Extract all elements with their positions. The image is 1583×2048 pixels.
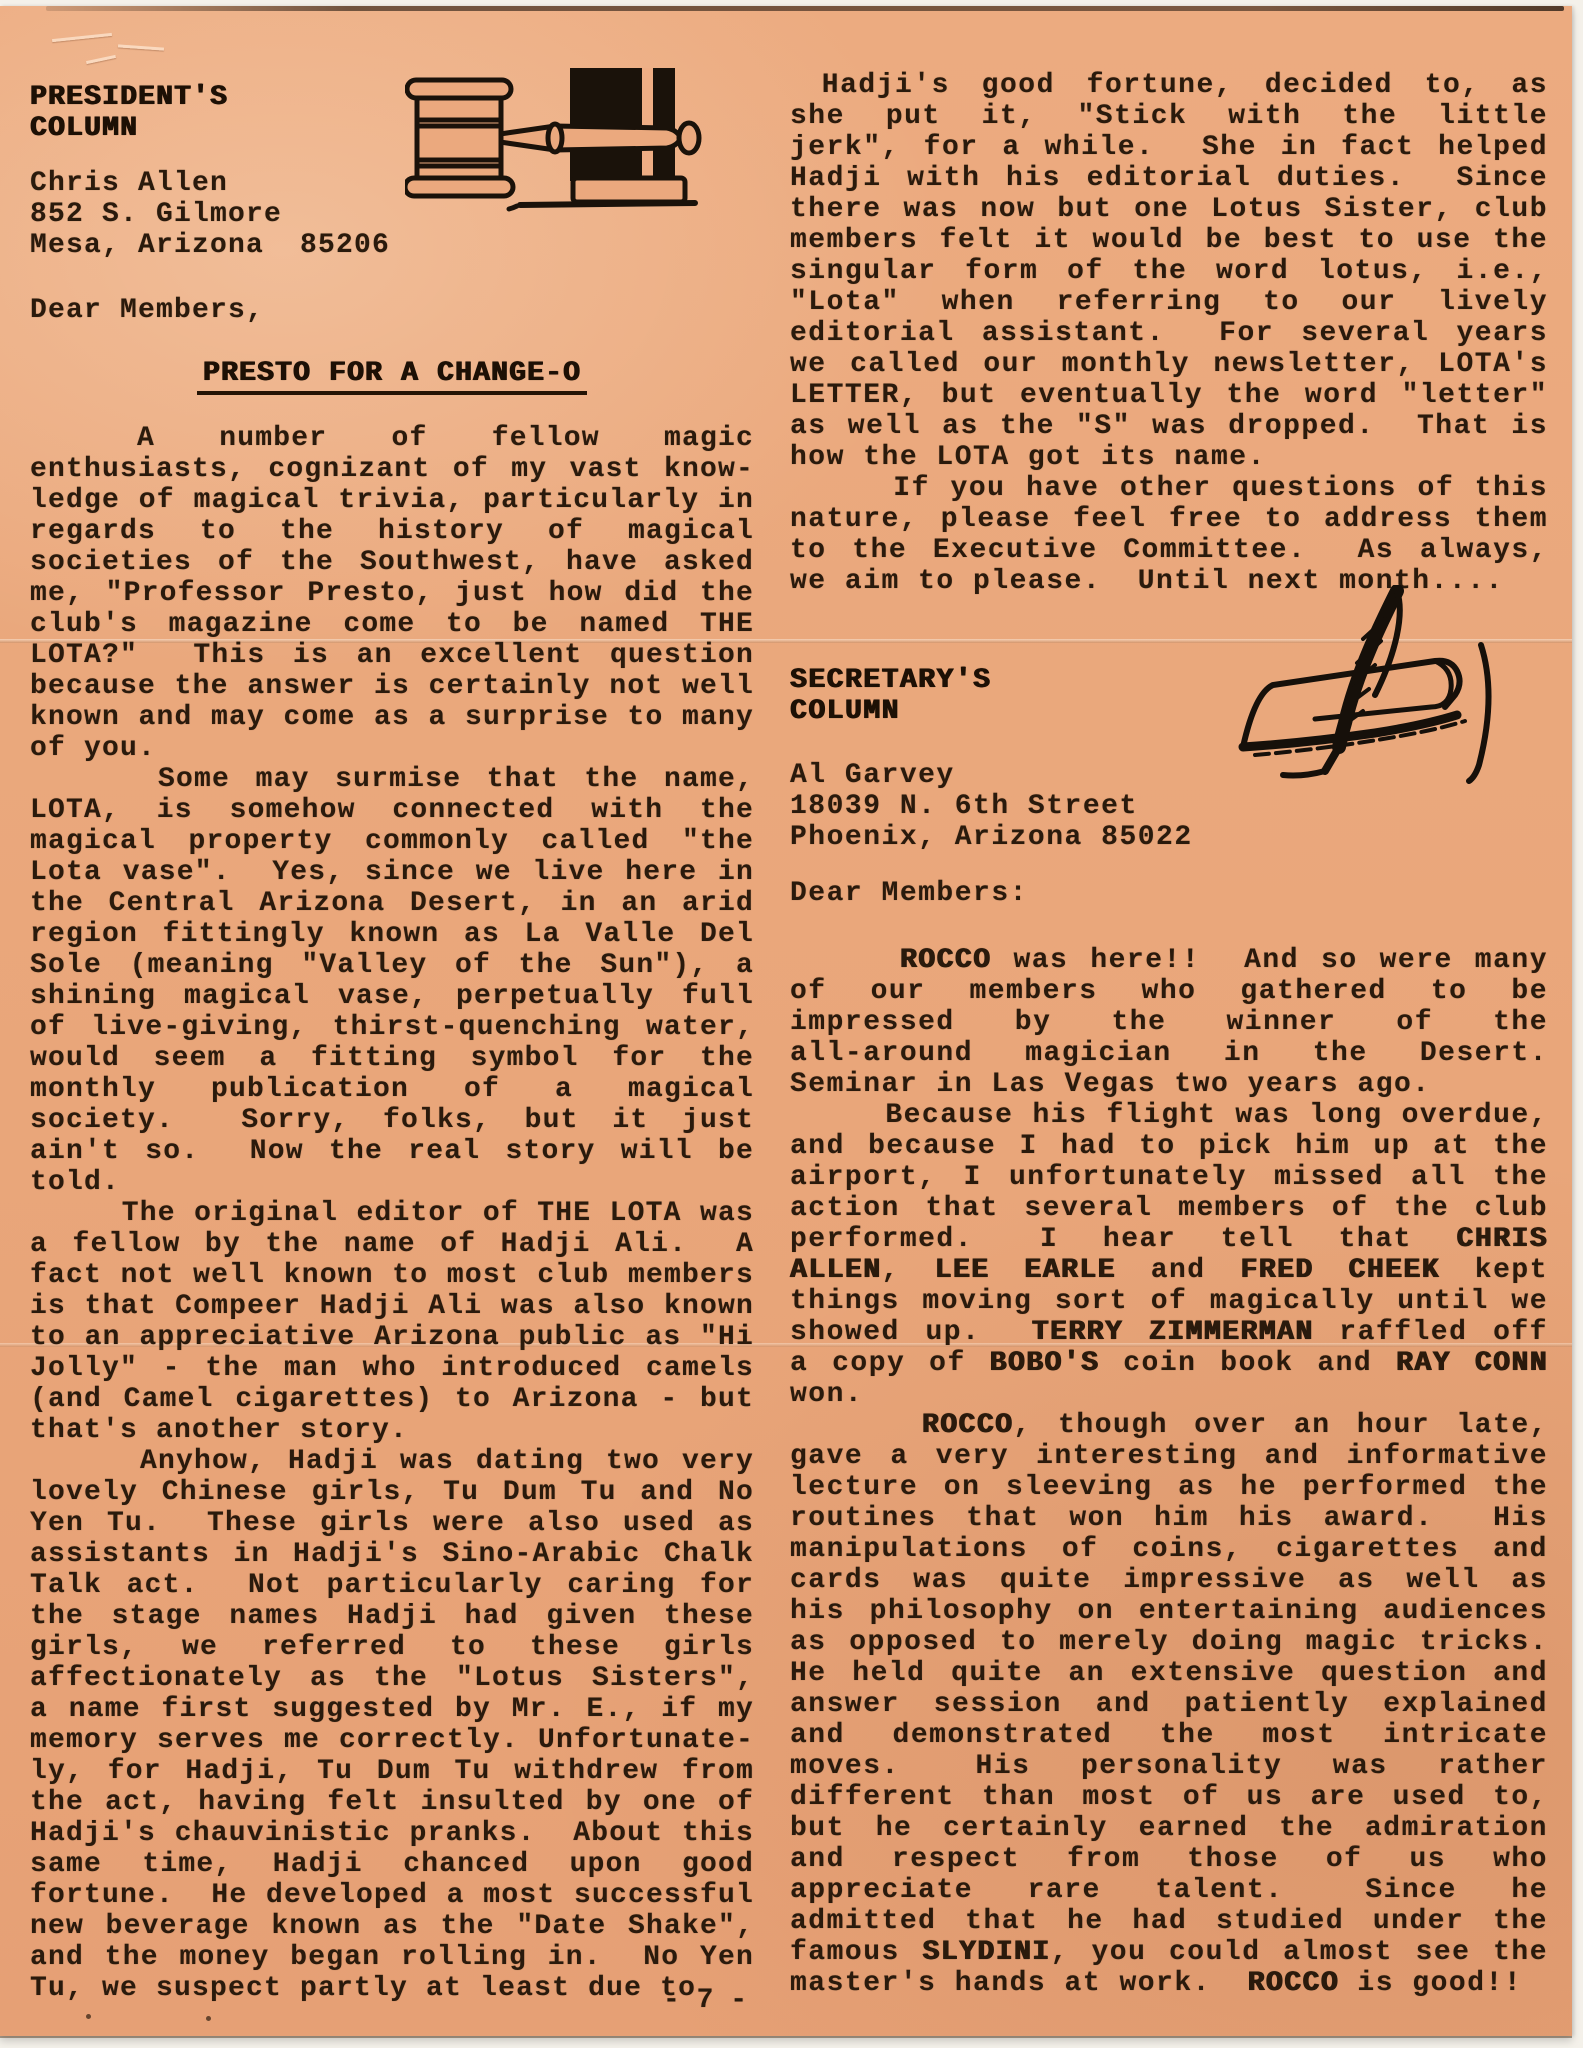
- text-line: would seem a fitting symbol for the: [30, 1043, 754, 1074]
- ink-speck: [86, 2014, 91, 2019]
- text-line: Hadji with his editorial duties. Since: [790, 163, 1548, 194]
- text-line: "Lota" when referring to our lively: [790, 287, 1548, 318]
- text-line: is that Compeer Hadji Ali was also known: [30, 1291, 754, 1322]
- text-line: region fittingly known as La Valle Del: [30, 919, 754, 950]
- president-body-left-column: A number of fellow magicenthusiasts, cog…: [30, 423, 754, 2004]
- text-line: and the money began rolling in. No Yen: [30, 1942, 754, 1973]
- text-line: ALLEN, LEE EARLE and FRED CHEEK kept: [790, 1255, 1548, 1286]
- text-line: all-around magician in the Desert.: [790, 1038, 1548, 1069]
- text-line: ledge of magical trivia, particularly in: [30, 485, 754, 516]
- text-line: and respect from those of us who: [790, 1844, 1548, 1875]
- secretary-salutation: Dear Members:: [790, 878, 1028, 909]
- text-line: the Central Arizona Desert, in an arid: [30, 888, 754, 919]
- text-line: Talk act. Not particularly caring for: [30, 1570, 754, 1601]
- text-line: and because I had to pick him up at the: [790, 1131, 1548, 1162]
- quill-icon: [1225, 585, 1515, 820]
- paragraph: A number of fellow magicenthusiasts, cog…: [30, 423, 754, 764]
- text-line: famous SLYDINI, you could almost see the: [790, 1937, 1548, 1968]
- text-line: PRESIDENT'S: [30, 82, 228, 113]
- text-line: she put it, "Stick with the little: [790, 101, 1548, 132]
- text-line: a name first suggested by Mr. E., if my: [30, 1694, 754, 1725]
- text-line: If you have other questions of this: [790, 473, 1548, 504]
- text-line: jerk", for a while. She in fact helped: [790, 132, 1548, 163]
- paper-scratch: [86, 55, 116, 64]
- paragraph: Because his flight was long overdue,and …: [790, 1100, 1548, 1410]
- text-line: LOTA?" This is an excellent question: [30, 640, 754, 671]
- text-line: ROCCO was here!! And so were many: [790, 945, 1548, 976]
- paragraph: Anyhow, Hadji was dating two verylovely …: [30, 1446, 754, 2004]
- text-line: monthly publication of a magical: [30, 1074, 754, 1105]
- scan-top-edge: [46, 6, 1564, 11]
- text-line: Some may surmise that the name,: [30, 764, 754, 795]
- text-line: Chris Allen: [30, 168, 390, 199]
- text-line: ly, for Hadji, Tu Dum Tu withdrew from: [30, 1756, 754, 1787]
- text-line: a copy of BOBO'S coin book and RAY CONN: [790, 1348, 1548, 1379]
- text-line: cards was quite impressive as well as: [790, 1565, 1548, 1596]
- secretary-name-address: Al Garvey18039 N. 6th StreetPhoenix, Ari…: [790, 760, 1193, 853]
- text-line: performed. I hear tell that CHRIS: [790, 1224, 1548, 1255]
- text-line: answer session and patiently explained: [790, 1689, 1548, 1720]
- text-line: nature, please feel free to address them: [790, 504, 1548, 535]
- text-line: a fellow by the name of Hadji Ali. A: [30, 1229, 754, 1260]
- text-line: because the answer is certainly not well: [30, 671, 754, 702]
- text-line: The original editor of THE LOTA was: [30, 1198, 754, 1229]
- text-line: there was now but one Lotus Sister, club: [790, 194, 1548, 225]
- text-line: editorial assistant. For several years: [790, 318, 1548, 349]
- text-line: as well as the "S" was dropped. That is: [790, 411, 1548, 442]
- presidents-column-header: PRESIDENT'SCOLUMN: [30, 82, 228, 144]
- text-line: of live-giving, thirst-quenching water,: [30, 1012, 754, 1043]
- text-line: new beverage known as the "Date Shake",: [30, 1911, 754, 1942]
- text-line: members felt it would be best to use the: [790, 225, 1548, 256]
- text-line: of our members who gathered to be: [790, 976, 1548, 1007]
- text-line: Sole (meaning "Valley of the Sun"), a: [30, 950, 754, 981]
- text-line: COLUMN: [790, 696, 991, 727]
- text-line: assistants in Hadji's Sino-Arabic Chalk: [30, 1539, 754, 1570]
- text-line: as opposed to merely doing magic tricks.: [790, 1627, 1548, 1658]
- text-line: lecture on sleeving as he performed the: [790, 1472, 1548, 1503]
- text-line: we called our monthly newsletter, LOTA's: [790, 349, 1548, 380]
- text-line: Phoenix, Arizona 85022: [790, 822, 1193, 853]
- text-line: singular form of the word lotus, i.e.,: [790, 256, 1548, 287]
- text-line: Hadji's chauvinistic pranks. About this: [30, 1818, 754, 1849]
- president-salutation: Dear Members,: [30, 295, 264, 326]
- text-line: society. Sorry, folks, but it just: [30, 1105, 754, 1136]
- text-line: appreciate rare talent. Since he: [790, 1875, 1548, 1906]
- text-line: told.: [30, 1167, 754, 1198]
- text-line: A number of fellow magic: [30, 423, 754, 454]
- text-line: LOTA, is somehow connected with the: [30, 795, 754, 826]
- text-line: won.: [790, 1379, 1548, 1410]
- text-line: memory serves me correctly. Unfortunate-: [30, 1725, 754, 1756]
- text-line: ROCCO, though over an hour late,: [790, 1410, 1548, 1441]
- text-line: Because his flight was long overdue,: [790, 1100, 1548, 1131]
- text-line: 852 S. Gilmore: [30, 199, 390, 230]
- text-line: impressed by the winner of the: [790, 1007, 1548, 1038]
- president-body-right-column: Hadji's good fortune, decided to, asshe …: [790, 70, 1548, 597]
- text-line: moves. His personality was rather: [790, 1751, 1548, 1782]
- paragraph: ROCCO was here!! And so were manyof our …: [790, 945, 1548, 1100]
- text-line: the act, having felt insulted by one of: [30, 1787, 754, 1818]
- text-line: regards to the history of magical: [30, 516, 754, 547]
- article-heading: PRESTO FOR A CHANGE-O: [30, 358, 824, 395]
- text-line: routines that won him his award. His: [790, 1503, 1548, 1534]
- text-line: 18039 N. 6th Street: [790, 791, 1193, 822]
- text-line: how the LOTA got its name.: [790, 442, 1548, 473]
- text-line: known and may come as a surprise to many: [30, 702, 754, 733]
- text-line: different than most of us are used to,: [790, 1782, 1548, 1813]
- paragraph: Hadji's good fortune, decided to, asshe …: [790, 70, 1548, 473]
- text-line: SECRETARY'S: [790, 665, 991, 696]
- text-line: affectionately as the "Lotus Sisters",: [30, 1663, 754, 1694]
- ink-speck: [206, 2016, 211, 2021]
- text-line: manipulations of coins, cigarettes and: [790, 1534, 1548, 1565]
- newsletter-scanned-page: PRESIDENT'SCOLUMN Chris Allen852 S. Gilm…: [0, 6, 1572, 2036]
- paragraph: If you have other questions of thisnatur…: [790, 473, 1548, 597]
- text-line: Jolly" - the man who introduced camels: [30, 1353, 754, 1384]
- paragraph: ROCCO, though over an hour late,gave a v…: [790, 1410, 1548, 1999]
- secretarys-column-header: SECRETARY'SCOLUMN: [790, 665, 991, 727]
- text-line: that's another story.: [30, 1415, 754, 1446]
- text-line: societies of the Southwest, have asked: [30, 547, 754, 578]
- text-line: club's magazine come to be named THE: [30, 609, 754, 640]
- text-line: Yen Tu. These girls were also used as: [30, 1508, 754, 1539]
- text-line: Anyhow, Hadji was dating two very: [30, 1446, 754, 1477]
- text-line: of you.: [30, 733, 754, 764]
- page-number: - 7 -: [635, 1985, 775, 2016]
- paper-scratch: [52, 33, 112, 42]
- text-line: LETTER, but eventually the word "letter": [790, 380, 1548, 411]
- text-line: but he certainly earned the admiration: [790, 1813, 1548, 1844]
- text-line: airport, I unfortunately missed all the: [790, 1162, 1548, 1193]
- text-line: girls, we referred to these girls: [30, 1632, 754, 1663]
- text-line: admitted that he had studied under the: [790, 1906, 1548, 1937]
- text-line: master's hands at work. ROCCO is good!!: [790, 1968, 1548, 1999]
- text-line: gave a very interesting and informative: [790, 1441, 1548, 1472]
- text-line: lovely Chinese girls, Tu Dum Tu and No: [30, 1477, 754, 1508]
- paragraph: The original editor of THE LOTA wasa fel…: [30, 1198, 754, 1446]
- text-line: showed up. TERRY ZIMMERMAN raffled off: [790, 1317, 1548, 1348]
- text-line: shining magical vase, perpetually full: [30, 981, 754, 1012]
- text-line: enthusiasts, cognizant of my vast know-: [30, 454, 754, 485]
- text-line: same time, Hadji chanced upon good: [30, 1849, 754, 1880]
- text-line: He held quite an extensive question and: [790, 1658, 1548, 1689]
- text-line: Lota vase". Yes, since we live here in: [30, 857, 754, 888]
- text-line: action that several members of the club: [790, 1193, 1548, 1224]
- president-name-address: Chris Allen852 S. GilmoreMesa, Arizona 8…: [30, 168, 390, 261]
- paper-scratch: [118, 44, 164, 50]
- text-line: things moving sort of magically until we: [790, 1286, 1548, 1317]
- text-line: Al Garvey: [790, 760, 1193, 791]
- text-line: Seminar in Las Vegas two years ago.: [790, 1069, 1548, 1100]
- text-line: and demonstrated the most intricate: [790, 1720, 1548, 1751]
- text-line: COLUMN: [30, 113, 228, 144]
- paragraph: Some may surmise that the name,LOTA, is …: [30, 764, 754, 1198]
- gavel-icon: [405, 64, 705, 214]
- text-line: Hadji's good fortune, decided to, as: [790, 70, 1548, 101]
- text-line: ain't so. Now the real story will be: [30, 1136, 754, 1167]
- text-line: to the Executive Committee. As always,: [790, 535, 1548, 566]
- secretary-body: ROCCO was here!! And so were manyof our …: [790, 945, 1548, 1999]
- text-line: fortune. He developed a most successful: [30, 1880, 754, 1911]
- text-line: to an appreciative Arizona public as "Hi: [30, 1322, 754, 1353]
- text-line: magical property commonly called "the: [30, 826, 754, 857]
- text-line: fact not well known to most club members: [30, 1260, 754, 1291]
- text-line: (and Camel cigarettes) to Arizona - but: [30, 1384, 754, 1415]
- text-line: Mesa, Arizona 85206: [30, 230, 390, 261]
- text-line: his philosophy on entertaining audiences: [790, 1596, 1548, 1627]
- text-line: the stage names Hadji had given these: [30, 1601, 754, 1632]
- text-line: me, "Professor Presto, just how did the: [30, 578, 754, 609]
